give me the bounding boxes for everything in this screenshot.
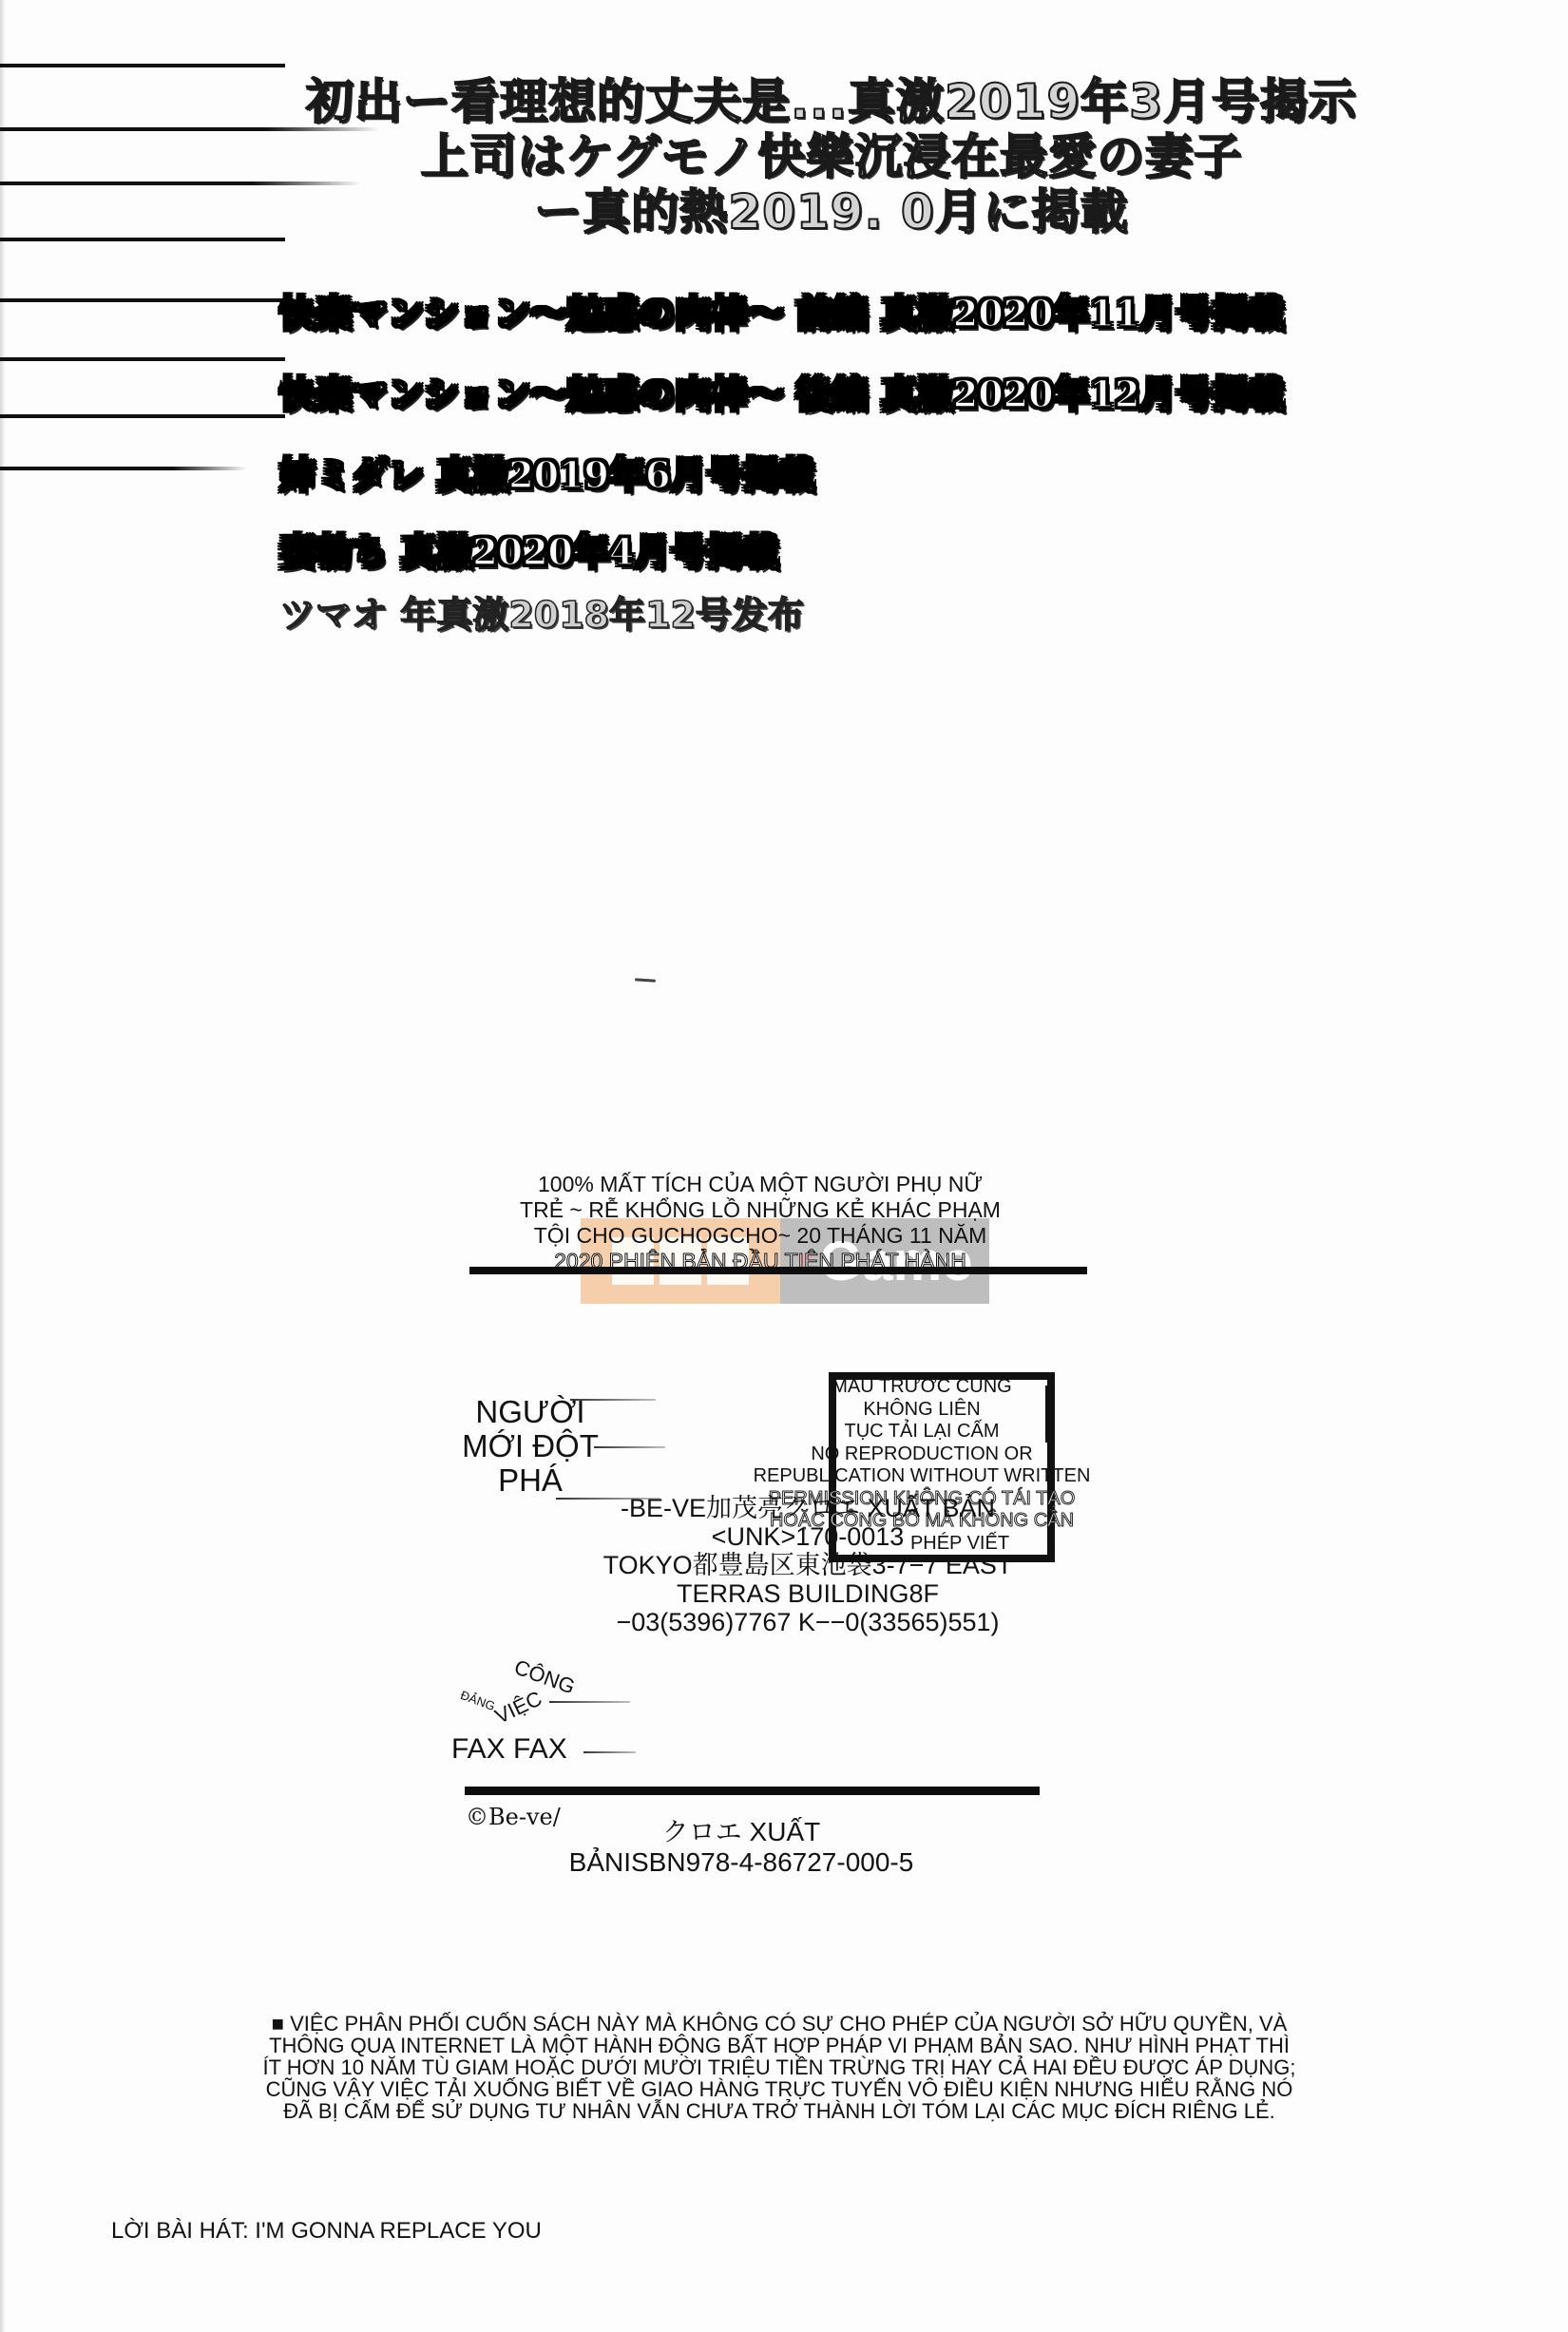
- publisher-short: クロエ XUẤT: [532, 1817, 950, 1847]
- lyrics-credit: LỜI BÀI HÁT: I'M GONNA REPLACE YOU: [111, 2218, 542, 2245]
- postal-code: <UNK>170-0013: [513, 1522, 1102, 1551]
- label-line: [570, 1399, 656, 1401]
- book-title: 100% MẤT TÍCH CỦA MỘT NGƯỜI PHỤ NỮ TRẺ ~…: [418, 1172, 1102, 1274]
- label-dang: ĐẢNG: [459, 1688, 497, 1713]
- author-label: NGƯỜI MỚI ĐỘT PHÁ: [445, 1395, 616, 1498]
- book-title-line: TỘI CHO GUCHOGCHO~ 20 THÁNG 11 NĂM: [418, 1223, 1102, 1249]
- first-appearance-heading: 初出ー看理想的丈夫是...真激2019年3月号揭示 上司はケグモノ快樂沉浸在最愛…: [266, 74, 1397, 239]
- divider: [465, 1787, 1040, 1795]
- book-title-line: 100% MẤT TÍCH CỦA MỘT NGƯỜI PHỤ NỮ: [418, 1172, 1102, 1197]
- rule-line: [0, 414, 285, 418]
- address-building: TERRAS BUILDING8F: [513, 1579, 1102, 1608]
- rule-line: [0, 357, 285, 361]
- address-city: TOKYO都豊島区東池袋3-7−7 EAST: [513, 1551, 1102, 1579]
- divider: [469, 1267, 1087, 1274]
- label-line: [549, 1701, 630, 1703]
- publisher-info: クロエ XUẤT BẢNISBN978-4-86727-000-5: [532, 1817, 950, 1878]
- work-title: 姉ミダレ 真激2019年6月号掲載: [279, 453, 814, 497]
- fax-label: FAX FAX: [451, 1732, 567, 1767]
- label-line: [583, 1751, 636, 1753]
- page-edge: [0, 0, 6, 2332]
- stray-mark: [635, 978, 656, 983]
- heading-line: 初出ー看理想的丈夫是...真激2019年3月号揭示: [266, 74, 1397, 129]
- publisher-address: -BE-VE加茂亮クロエ XUẤT BẢN <UNK>170-0013 TOKY…: [513, 1494, 1102, 1636]
- heading-line: 上司はケグモノ快樂沉浸在最愛の妻子: [266, 129, 1397, 184]
- phone-number: −03(5396)7767 K−−0(33565)551): [513, 1608, 1102, 1636]
- book-title-line: TRẺ ~ RỄ KHỔNG LỒ NHỮNG KẺ KHÁC PHẠM: [418, 1197, 1102, 1223]
- work-title: 妻勃ち 真激2020年4月号掲載: [279, 530, 778, 574]
- label-viec: VIỆC: [491, 1686, 546, 1729]
- rule-line: [0, 64, 285, 67]
- publisher-line: -BE-VE加茂亮クロエ XUẤT BẢN: [513, 1494, 1102, 1522]
- heading-line: ー真的熱2019. 0月に掲載: [266, 184, 1397, 239]
- rule-line: [0, 467, 247, 470]
- label-line: [594, 1446, 665, 1448]
- work-title: 快楽マンション～魅惑の肉棒～ 前編 真激2020年11月号掲載: [279, 292, 1284, 335]
- rule-line: [0, 298, 285, 302]
- work-title: ツマオ 年真激2018年12号发布: [279, 593, 804, 637]
- isbn: BẢNISBN978-4-86727-000-5: [532, 1847, 950, 1878]
- work-title: 快楽マンション～魅惑の肉棒～ 後編 真激2020年12月号掲載: [279, 373, 1284, 416]
- rule-line: [0, 238, 285, 241]
- legal-notice: ■ VIỆC PHÂN PHỐI CUỐN SÁCH NÀY MÀ KHÔNG …: [162, 2013, 1397, 2122]
